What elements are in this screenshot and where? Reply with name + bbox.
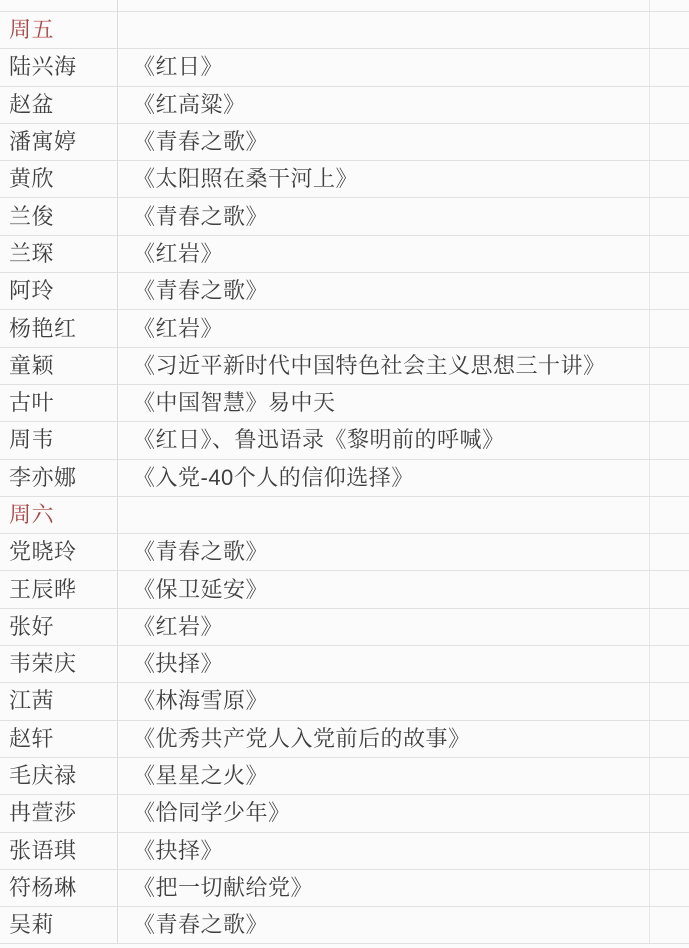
book-cell[interactable]: 《恰同学少年》 [118,795,650,831]
name-cell[interactable]: 赵轩 [0,721,118,757]
person-name: 吴莉 [9,914,54,936]
book-cell[interactable]: 《青春之歌》 [118,124,650,160]
person-name: 赵轩 [9,728,54,750]
table-row: 潘寓婷 《青春之歌》 [0,124,689,161]
book-cell[interactable]: 《优秀共产党人入党前后的故事》 [118,721,650,757]
person-name: 阿玲 [9,280,54,302]
empty-cell[interactable] [118,0,650,11]
name-cell[interactable]: 杨艳红 [0,310,118,346]
name-cell[interactable]: 党晓玲 [0,534,118,570]
schedule-table: 周五 陆兴海 《红日》 赵盆 《红高粱》 潘寓婷 [0,0,689,948]
book-title: 《红岩》 [133,243,223,265]
day-header-cell[interactable]: 周五 [0,12,118,48]
name-cell[interactable]: 黄欣 [0,161,118,197]
person-name: 兰俊 [9,206,54,228]
day-label: 周五 [9,19,54,41]
book-title: 《恰同学少年》 [133,802,291,824]
book-title: 《青春之歌》 [133,280,268,302]
person-name: 毛庆禄 [9,765,77,787]
empty-cell[interactable] [650,758,689,794]
table-row: 符杨琳 《把一切献给党》 [0,870,689,907]
empty-cell[interactable] [650,721,689,757]
book-title: 《红岩》 [133,616,223,638]
table-row: 黄欣 《太阳照在桑干河上》 [0,161,689,198]
book-cell[interactable]: 《青春之歌》 [118,273,650,309]
book-cell[interactable]: 《青春之歌》 [118,198,650,234]
book-cell[interactable]: 《太阳照在桑干河上》 [118,161,650,197]
book-cell[interactable]: 《林海雪原》 [118,683,650,719]
day-header-row: 周六 [0,497,689,534]
empty-cell[interactable] [0,0,118,11]
empty-cell[interactable] [650,571,689,607]
book-cell[interactable]: 《红高粱》 [118,87,650,123]
table-row: 党晓玲 《青春之歌》 [0,534,689,571]
table-row: 赵盆 《红高粱》 [0,87,689,124]
name-cell[interactable]: 陆兴海 [0,49,118,85]
empty-cell[interactable] [650,833,689,869]
table-row: 赵轩 《优秀共产党人入党前后的故事》 [0,721,689,758]
book-cell[interactable]: 《保卫延安》 [118,571,650,607]
book-title: 《习近平新时代中国特色社会主义思想三十讲》 [133,355,606,377]
book-cell[interactable]: 《红岩》 [118,236,650,272]
name-cell[interactable]: 李亦娜 [0,460,118,496]
empty-cell[interactable] [650,236,689,272]
name-cell[interactable]: 赵盆 [0,87,118,123]
book-cell[interactable]: 《青春之歌》 [118,534,650,570]
table-row: 冉萱莎 《恰同学少年》 [0,795,689,832]
book-cell[interactable]: 《习近平新时代中国特色社会主义思想三十讲》 [118,348,650,384]
name-cell[interactable]: 张语琪 [0,833,118,869]
person-name: 符杨琳 [9,877,77,899]
table-row: 王辰晔 《保卫延安》 [0,571,689,608]
name-cell[interactable]: 冉萱莎 [0,795,118,831]
empty-cell[interactable] [650,198,689,234]
book-title: 《把一切献给党》 [133,877,313,899]
book-title: 《林海雪原》 [133,690,268,712]
name-cell[interactable]: 兰俊 [0,198,118,234]
table-row: 江茜 《林海雪原》 [0,683,689,720]
person-name: 赵盆 [9,94,54,116]
table-row: 兰琛 《红岩》 [0,236,689,273]
empty-cell[interactable] [650,907,689,943]
day-header-cell[interactable]: 周六 [0,497,118,533]
name-cell[interactable]: 张好 [0,609,118,645]
day-header-row: 周五 [0,12,689,49]
book-cell[interactable]: 《抉择》 [118,646,650,682]
book-cell[interactable]: 《红日》 [118,49,650,85]
table-row: 童颖 《习近平新时代中国特色社会主义思想三十讲》 [0,348,689,385]
book-cell[interactable]: 《把一切献给党》 [118,870,650,906]
table-row: 张语琪 《抉择》 [0,833,689,870]
book-title: 《抉择》 [133,653,223,675]
person-name: 杨艳红 [9,318,77,340]
name-cell[interactable]: 周韦 [0,422,118,458]
table-row: 周韦 《红日》、鲁迅语录《黎明前的呼喊》 [0,422,689,459]
name-cell[interactable]: 符杨琳 [0,870,118,906]
person-name: 张好 [9,616,54,638]
book-title: 《太阳照在桑干河上》 [133,168,358,190]
book-cell[interactable]: 《入党-40个人的信仰选择》 [118,460,650,496]
book-title: 《青春之歌》 [133,131,268,153]
table-row: 李亦娜 《入党-40个人的信仰选择》 [0,460,689,497]
book-cell[interactable]: 《抉择》 [118,833,650,869]
empty-cell[interactable] [650,348,689,384]
person-name: 黄欣 [9,168,54,190]
person-name: 王辰晔 [9,579,77,601]
empty-cell[interactable] [650,646,689,682]
table-row: 古叶 《中国智慧》易中天 [0,385,689,422]
name-cell[interactable]: 潘寓婷 [0,124,118,160]
book-cell[interactable]: 《中国智慧》易中天 [118,385,650,421]
table-row: 吴莉 《青春之歌》 [0,907,689,944]
book-title: 《红高粱》 [133,94,246,116]
empty-cell[interactable] [650,12,689,48]
empty-cell[interactable] [650,795,689,831]
book-title: 《星星之火》 [133,765,268,787]
book-title: 《入党-40个人的信仰选择》 [133,467,414,489]
name-cell[interactable]: 阿玲 [0,273,118,309]
empty-cell[interactable] [650,124,689,160]
person-name: 韦荣庆 [9,653,77,675]
person-name: 陆兴海 [9,56,77,78]
person-name: 兰琛 [9,243,54,265]
name-cell[interactable]: 童颖 [0,348,118,384]
empty-cell[interactable] [650,497,689,533]
table-row: 毛庆禄 《星星之火》 [0,758,689,795]
book-title: 《中国智慧》易中天 [133,392,336,414]
book-title: 《抉择》 [133,840,223,862]
person-name: 李亦娜 [9,467,77,489]
book-cell[interactable]: 《红岩》 [118,310,650,346]
table-row: 杨艳红 《红岩》 [0,310,689,347]
empty-cell[interactable] [650,870,689,906]
person-name: 冉萱莎 [9,802,77,824]
empty-cell[interactable] [650,609,689,645]
empty-cell[interactable] [650,534,689,570]
table-row: 阿玲 《青春之歌》 [0,273,689,310]
name-cell[interactable]: 韦荣庆 [0,646,118,682]
empty-cell[interactable] [118,12,650,48]
table-row: 兰俊 《青春之歌》 [0,198,689,235]
table-row: 张好 《红岩》 [0,609,689,646]
empty-cell[interactable] [650,0,689,11]
name-cell[interactable]: 吴莉 [0,907,118,943]
empty-cell[interactable] [650,310,689,346]
book-cell[interactable]: 《星星之火》 [118,758,650,794]
name-cell[interactable]: 毛庆禄 [0,758,118,794]
book-title: 《红日》 [133,56,223,78]
name-cell[interactable]: 王辰晔 [0,571,118,607]
empty-cell[interactable] [118,497,650,533]
empty-cell[interactable] [650,87,689,123]
book-title: 《青春之歌》 [133,541,268,563]
person-name: 潘寓婷 [9,131,77,153]
person-name: 党晓玲 [9,541,77,563]
empty-cell[interactable] [650,422,689,458]
empty-cell[interactable] [650,161,689,197]
book-title: 《保卫延安》 [133,579,268,601]
empty-top-row [0,0,689,12]
name-cell[interactable]: 兰琛 [0,236,118,272]
day-label: 周六 [9,504,54,526]
empty-cell[interactable] [650,385,689,421]
table-row: 韦荣庆 《抉择》 [0,646,689,683]
empty-cell[interactable] [650,683,689,719]
empty-cell[interactable] [650,49,689,85]
book-title: 《青春之歌》 [133,206,268,228]
person-name: 古叶 [9,392,54,414]
book-title: 《青春之歌》 [133,914,268,936]
book-title: 《红日》、鲁迅语录《黎明前的呼喊》 [133,429,505,451]
person-name: 江茜 [9,690,54,712]
person-name: 童颖 [9,355,54,377]
empty-cell[interactable] [650,273,689,309]
table-row: 陆兴海 《红日》 [0,49,689,86]
book-title: 《优秀共产党人入党前后的故事》 [133,728,471,750]
name-cell[interactable]: 江茜 [0,683,118,719]
book-cell[interactable]: 《青春之歌》 [118,907,650,943]
book-title: 《红岩》 [133,318,223,340]
empty-cell[interactable] [650,460,689,496]
book-cell[interactable]: 《红岩》 [118,609,650,645]
book-cell[interactable]: 《红日》、鲁迅语录《黎明前的呼喊》 [118,422,650,458]
name-cell[interactable]: 古叶 [0,385,118,421]
person-name: 张语琪 [9,840,77,862]
person-name: 周韦 [9,429,54,451]
